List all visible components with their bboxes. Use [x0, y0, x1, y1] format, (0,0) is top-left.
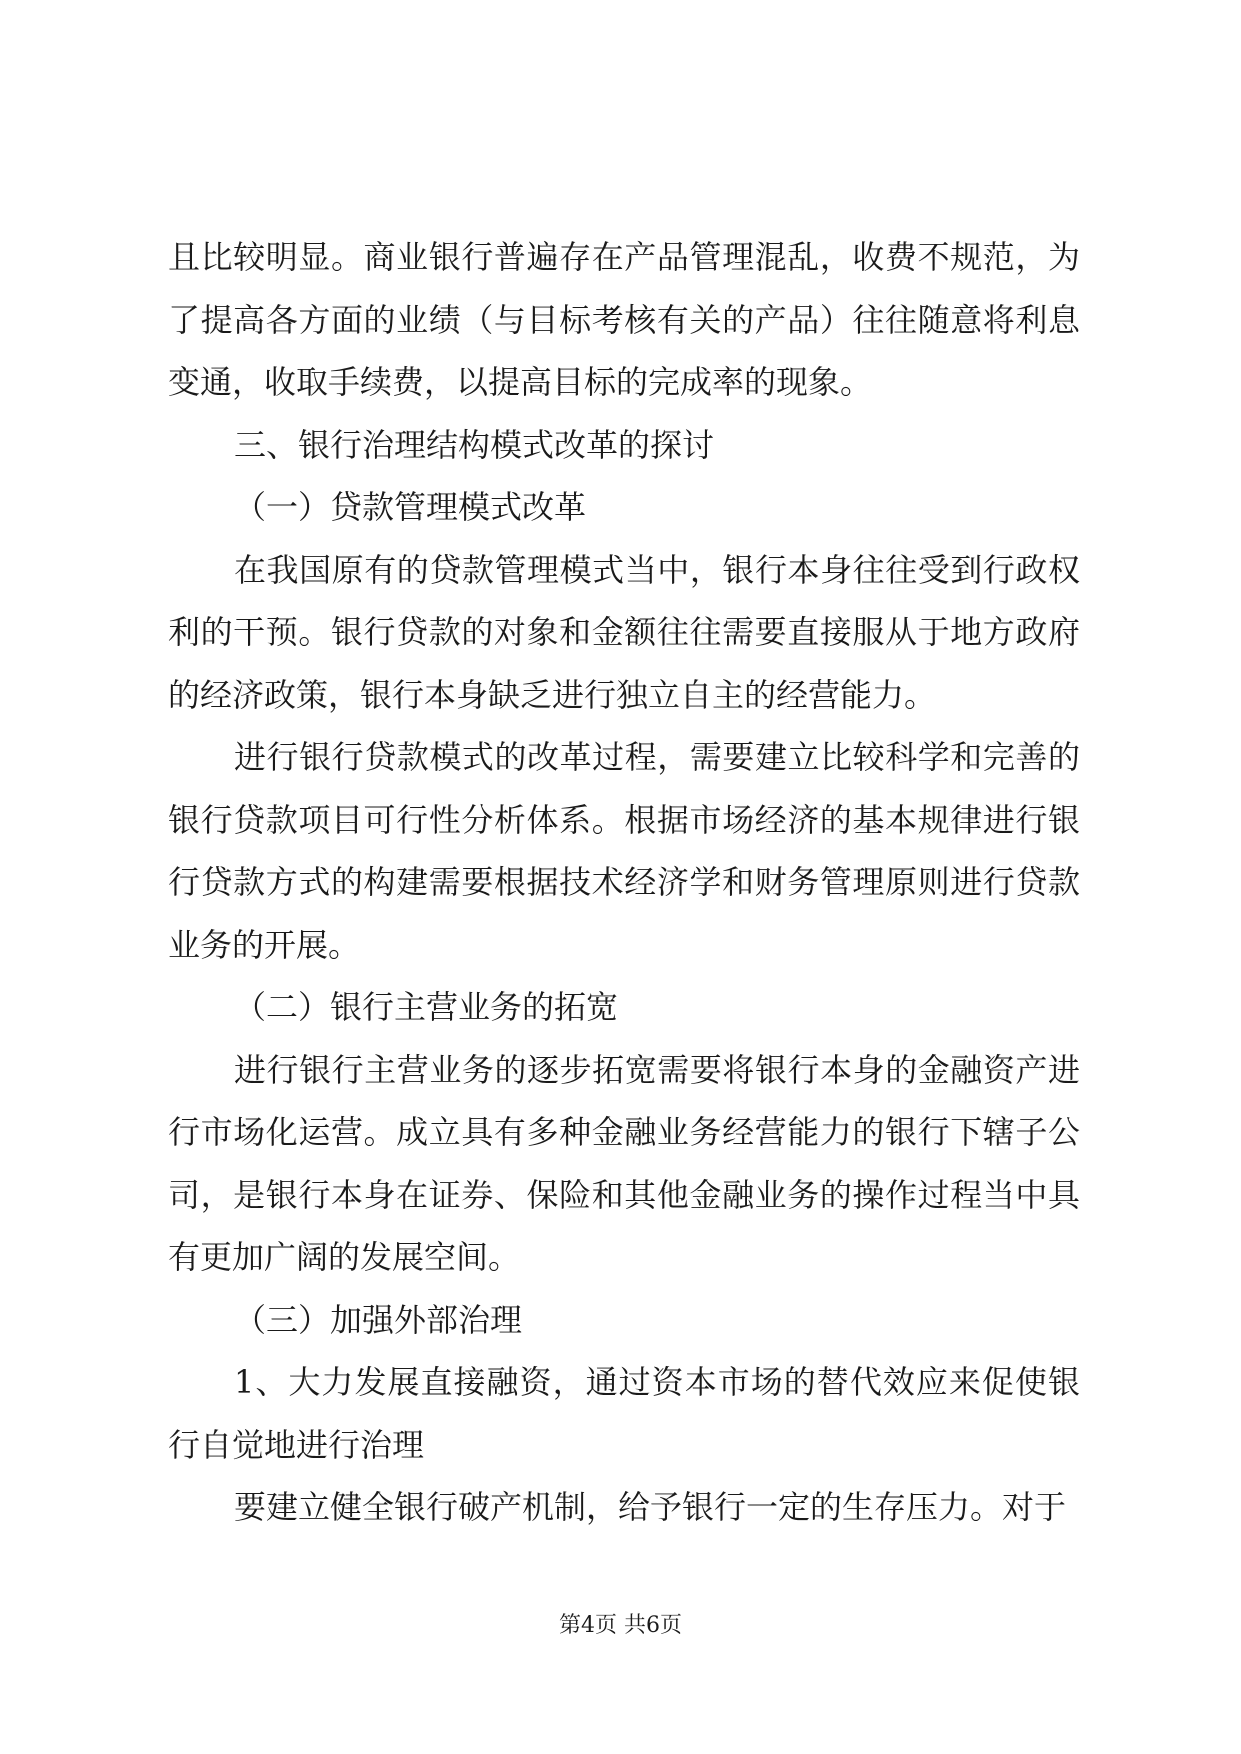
document-body: 且比较明显。商业银行普遍存在产品管理混乱，收费不规范，为了提高各方面的业绩（与目… — [168, 226, 1080, 1539]
subsection-heading-1: （一）贷款管理模式改革 — [168, 476, 1080, 539]
subsection-heading-2: （二）银行主营业务的拓宽 — [168, 976, 1080, 1039]
paragraph-intro-continued: 且比较明显。商业银行普遍存在产品管理混乱，收费不规范，为了提高各方面的业绩（与目… — [168, 226, 1080, 414]
page-number-footer: 第4页 共6页 — [0, 1608, 1241, 1639]
document-page: 且比较明显。商业银行普遍存在产品管理混乱，收费不规范，为了提高各方面的业绩（与目… — [0, 0, 1241, 1754]
paragraph: 要建立健全银行破产机制，给予银行一定的生存压力。对于 — [168, 1476, 1080, 1539]
subsection-heading-3: （三）加强外部治理 — [168, 1289, 1080, 1352]
section-heading-3: 三、银行治理结构模式改革的探讨 — [168, 414, 1080, 477]
paragraph: 进行银行主营业务的逐步拓宽需要将银行本身的金融资产进行市场化运营。成立具有多种金… — [168, 1039, 1080, 1289]
numbered-point-1: 1、大力发展直接融资，通过资本市场的替代效应来促使银行自觉地进行治理 — [168, 1351, 1080, 1476]
paragraph: 在我国原有的贷款管理模式当中，银行本身往往受到行政权利的干预。银行贷款的对象和金… — [168, 539, 1080, 727]
paragraph: 进行银行贷款模式的改革过程，需要建立比较科学和完善的银行贷款项目可行性分析体系。… — [168, 726, 1080, 976]
